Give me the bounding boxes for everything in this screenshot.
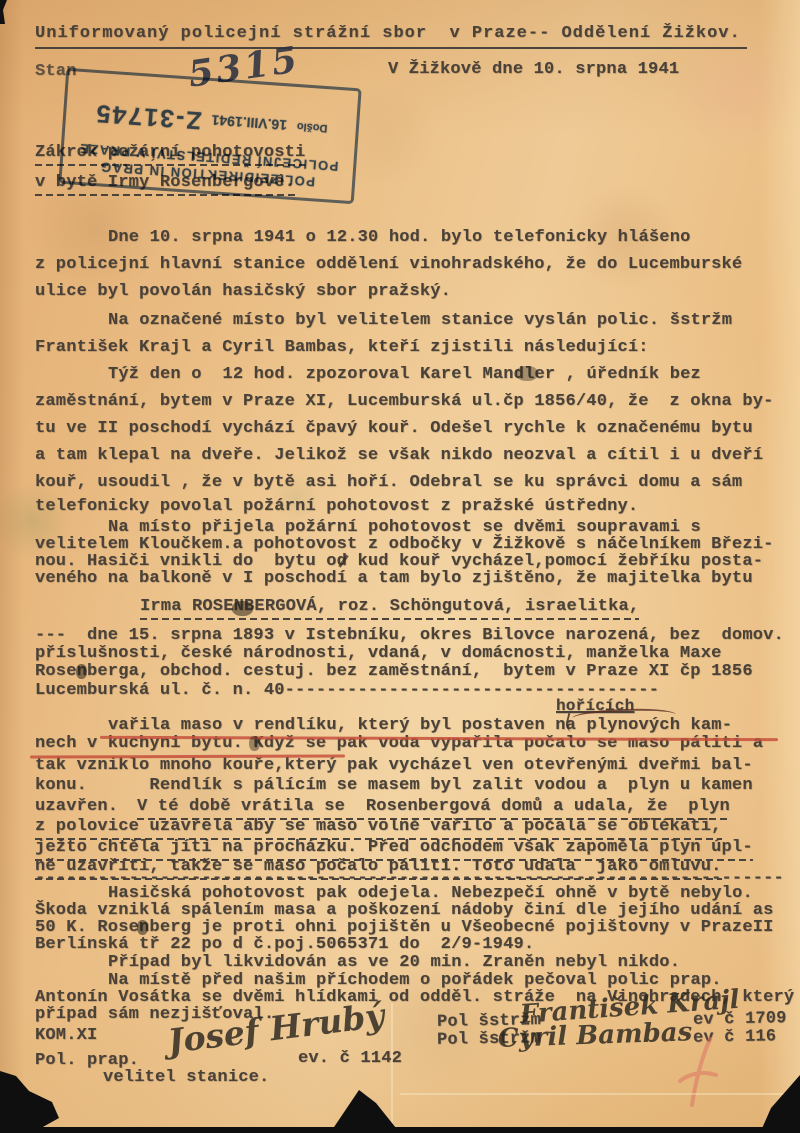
body-line: uzavřen. xyxy=(35,797,118,816)
body-line: zaměstnání, bytem v Praze XI, Lucembursk… xyxy=(35,392,774,411)
body-line: Případ byl likvidován as ve 20 min. Zran… xyxy=(108,953,680,972)
stamp-date: 16.VIII.1941 xyxy=(211,113,287,134)
stamp-received-label: Došlo xyxy=(296,121,327,135)
overstrike-ink-blob xyxy=(232,601,253,616)
signature-cyril-bambas: Cyril Bambas xyxy=(497,1017,692,1054)
torn-bottom-edge xyxy=(0,1053,800,1133)
body-line: Rosenberga, obchod. cestuj. bez zaměstná… xyxy=(35,662,753,681)
overstrike-ink-blob xyxy=(249,736,260,751)
body-line: příslušnosti, české národnosti, vdaná, v… xyxy=(35,644,722,663)
body-line: --- dne 15. srpna 1893 v Istebníku, okre… xyxy=(35,626,784,645)
body-line: tak vzniklo mnoho kouře,který pak vycház… xyxy=(35,756,753,775)
body-line: Týž den o 12 hod. zpozoroval Karel Mandl… xyxy=(108,365,701,384)
police-report-document: Uniformovaný policejní strážní sbor v Pr… xyxy=(0,0,800,1133)
body-line: Dne 10. srpna 1941 o 12.30 hod. bylo tel… xyxy=(108,228,691,247)
body-line: ulice byl povolán hasičský sbor pražský. xyxy=(35,282,451,301)
name-heading: Irma ROSENBERGOVÁ, roz. Schöngutová, isr… xyxy=(140,597,639,620)
body-line: František Krajl a Cyril Bambas, kteří zj… xyxy=(35,338,649,357)
body-line: a tam klepal na dveře. Jelikož se však n… xyxy=(35,446,763,465)
body-line: telefonicky povolal požární pohotovost z… xyxy=(35,497,638,516)
body-line: tu ve II poschodí vychází čpavý kouř. Od… xyxy=(35,419,753,438)
overstrike-ink-blob xyxy=(76,664,87,679)
overstrike-ink-blob xyxy=(516,366,538,381)
body-line-underlined: z polovice uzavřela aby se maso volně va… xyxy=(35,817,722,840)
torn-corner-top-left xyxy=(0,0,20,24)
overstrike-ink-blob xyxy=(137,920,148,935)
document-header: Uniformovaný policejní strážní sbor v Pr… xyxy=(35,24,747,49)
place-date-line: V Žižkově dne 10. srpna 1941 xyxy=(388,60,679,79)
body-line: konu. Rendlík s pálícím se masem byl zal… xyxy=(35,776,753,795)
received-stamp: POLIZEIDIREKTION IN PRAG POLICEJNÍ ŘEDIT… xyxy=(58,68,361,204)
body-line: Na označené místo byl velitelem stanice … xyxy=(108,311,732,330)
body-line: Berlínská tř 22 po d č.poj.5065371 do 2/… xyxy=(35,935,534,954)
kom-label: KOM.XI xyxy=(35,1026,97,1045)
body-line: veného na balkoně v I poschodí a tam byl… xyxy=(35,569,753,588)
body-line: kouř, usoudil , že v bytě asi hoří. Odeb… xyxy=(35,473,742,492)
body-line: z policejní hlavní stanice oddělení vino… xyxy=(35,255,742,274)
stamp-number: Z-31745 xyxy=(94,98,203,134)
